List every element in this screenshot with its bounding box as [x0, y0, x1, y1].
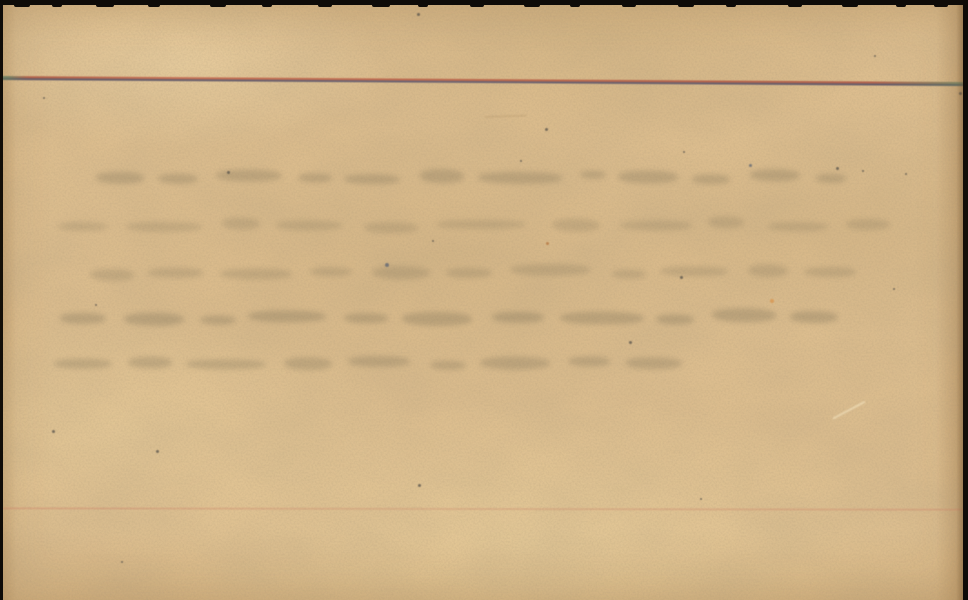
ghost-word-smudge — [430, 360, 466, 369]
ghost-word-smudge — [478, 172, 562, 184]
border-tooth — [318, 5, 332, 7]
ghost-word-smudge — [660, 266, 728, 276]
ghost-word-smudge — [446, 268, 492, 278]
border-tooth — [418, 5, 428, 7]
paper-speck — [520, 160, 522, 162]
ghost-word-smudge — [436, 219, 526, 228]
ghost-word-smudge — [748, 264, 788, 277]
ghost-word-smudge — [560, 311, 644, 324]
ghost-word-smudge — [90, 269, 134, 281]
ghost-word-smudge — [54, 359, 112, 369]
border-tooth — [726, 5, 736, 7]
ghost-text-row — [90, 260, 856, 284]
paper-speck — [95, 304, 97, 306]
ghost-word-smudge — [298, 173, 332, 182]
ghost-word-smudge — [612, 269, 646, 278]
border-tooth — [524, 5, 540, 7]
paper-speck — [546, 242, 549, 245]
ghost-word-smudge — [712, 308, 776, 322]
paper-speck — [893, 288, 895, 290]
paper-speck — [874, 55, 876, 57]
ghost-word-smudge — [816, 174, 846, 183]
border-tooth — [14, 5, 30, 7]
scan-border-top — [0, 0, 968, 5]
ghost-word-smudge — [580, 171, 606, 179]
paper-speck — [156, 450, 159, 453]
ghost-word-smudge — [420, 169, 464, 183]
ghost-word-smudge — [846, 218, 890, 229]
paper-speck — [43, 97, 45, 99]
paper-speck — [862, 170, 864, 172]
paper-speck — [700, 498, 702, 500]
ghost-word-smudge — [372, 266, 430, 279]
paper-speck — [121, 561, 123, 563]
ghost-word-smudge — [804, 267, 856, 277]
ghost-word-smudge — [480, 356, 550, 369]
scan-border-left — [0, 0, 3, 600]
ghost-word-smudge — [222, 218, 260, 230]
paper-background — [3, 5, 963, 600]
ghost-word-smudge — [186, 359, 266, 369]
ghost-word-smudge — [348, 355, 410, 366]
border-tooth — [896, 5, 906, 7]
ghost-word-smudge — [492, 311, 544, 322]
ghost-word-smudge — [402, 312, 472, 326]
ghost-word-smudge — [552, 218, 600, 231]
paper-speck — [418, 484, 421, 487]
paper-speck — [836, 167, 839, 170]
paper-speck — [52, 430, 55, 433]
ghost-word-smudge — [656, 314, 694, 324]
border-tooth — [788, 5, 802, 7]
ghost-word-smudge — [790, 311, 838, 323]
ghost-word-smudge — [568, 356, 610, 366]
border-tooth — [570, 5, 580, 7]
border-tooth — [210, 5, 226, 7]
ghost-word-smudge — [620, 220, 692, 230]
ghost-word-smudge — [510, 264, 590, 276]
paper-speck — [680, 276, 683, 279]
ghost-text-row — [54, 351, 682, 375]
ghost-word-smudge — [708, 216, 744, 228]
border-tooth — [470, 5, 484, 7]
paper-speck — [749, 164, 752, 167]
border-tooth — [934, 5, 948, 7]
paper-edge-shadow — [956, 5, 963, 600]
scan-border-right — [963, 0, 968, 600]
ghost-word-smudge — [344, 174, 400, 184]
ghost-text-row — [60, 306, 838, 330]
border-tooth — [372, 5, 390, 7]
border-tooth — [678, 5, 694, 7]
paper-speck — [385, 263, 389, 267]
ghost-word-smudge — [248, 310, 326, 322]
paper-speck — [417, 13, 420, 16]
paper-speck — [227, 171, 230, 174]
ghost-word-smudge — [58, 221, 108, 230]
ghost-word-smudge — [284, 357, 332, 370]
border-tooth — [52, 5, 62, 7]
ghost-word-smudge — [750, 169, 800, 181]
ghost-text-row — [96, 165, 846, 189]
ghost-word-smudge — [220, 268, 292, 279]
ghost-word-smudge — [128, 357, 172, 369]
ghost-word-smudge — [60, 312, 106, 323]
ghost-word-smudge — [618, 170, 678, 183]
paper-speck — [905, 173, 907, 175]
border-tooth — [622, 5, 636, 7]
border-tooth — [842, 5, 858, 7]
ghost-word-smudge — [158, 174, 198, 184]
ghost-word-smudge — [126, 222, 202, 232]
ghost-word-smudge — [344, 313, 388, 323]
paper-speck — [683, 151, 685, 153]
border-tooth — [96, 5, 114, 7]
ghost-word-smudge — [200, 315, 236, 324]
ghost-word-smudge — [148, 268, 204, 278]
ghost-word-smudge — [310, 267, 352, 276]
ghost-word-smudge — [768, 222, 828, 231]
ghost-word-smudge — [124, 312, 184, 325]
ghost-word-smudge — [96, 172, 144, 184]
paper-speck — [629, 341, 632, 344]
ghost-text-row — [58, 213, 890, 237]
paper-speck — [770, 299, 774, 303]
postcard-scan — [0, 0, 968, 600]
ghost-word-smudge — [626, 357, 682, 369]
border-tooth — [262, 5, 272, 7]
ghost-word-smudge — [276, 220, 342, 230]
paper-speck — [432, 240, 434, 242]
paper-speck — [545, 128, 548, 131]
ghost-word-smudge — [216, 169, 282, 181]
ghost-word-smudge — [364, 222, 418, 233]
border-tooth — [148, 5, 160, 7]
ghost-word-smudge — [692, 174, 730, 184]
